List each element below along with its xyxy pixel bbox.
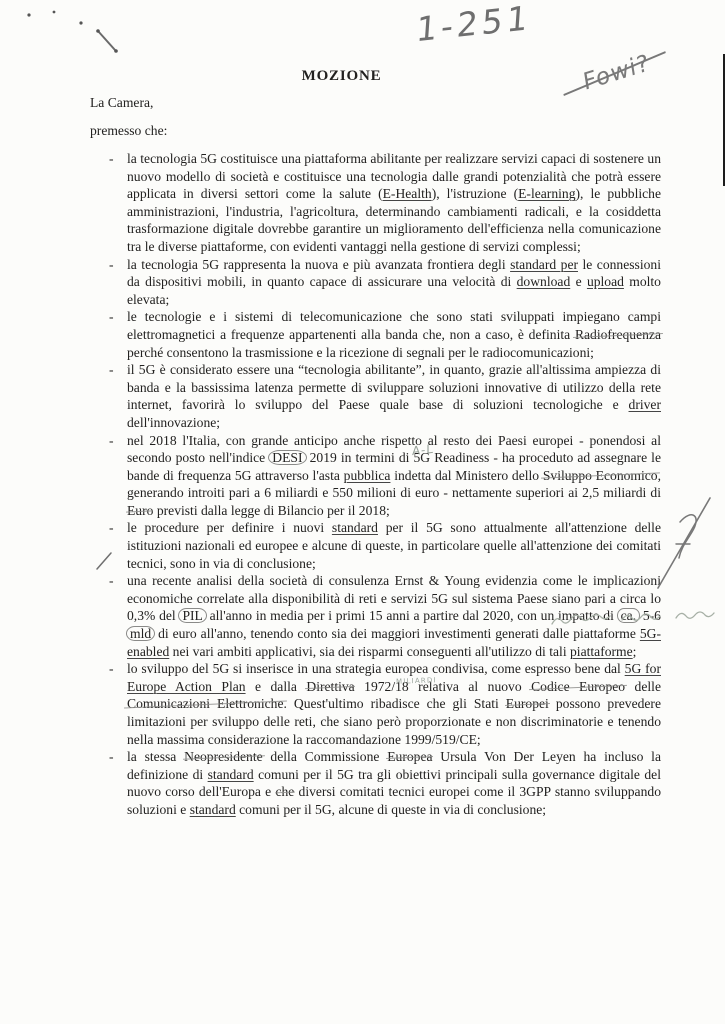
premise-item: la stessa Neopresidente della Commission… [127,748,661,818]
premise-item: il 5G è considerato essere una “tecnolog… [127,361,661,431]
document-page: 1-251 Fowi? MOZIONE La Camera, premesso … [0,0,725,1024]
premise-item: la tecnologia 5G rappresenta la nuova e … [127,256,661,309]
premise-item: le tecnologie e i sistemi di telecomunic… [127,308,661,361]
preamble-label: premesso che: [90,123,661,139]
opening-line: La Camera, [90,95,661,111]
premise-item: la tecnologia 5G costituisce una piattaf… [127,150,661,256]
premise-item: lo sviluppo del 5G si inserisce in una s… [127,660,661,748]
premise-item: una recente analisi della società di con… [127,572,661,660]
premise-item: le procedure per definire i nuovi standa… [127,519,661,572]
page-title: MOZIONE [60,68,623,85]
premises-list: la tecnologia 5G costituisce una piattaf… [90,150,661,819]
handwritten-page-number: 1-251 [415,0,533,49]
premise-item: nel 2018 l'Italia, con grande anticipo a… [127,432,661,520]
stray-pen-marks [18,2,168,72]
